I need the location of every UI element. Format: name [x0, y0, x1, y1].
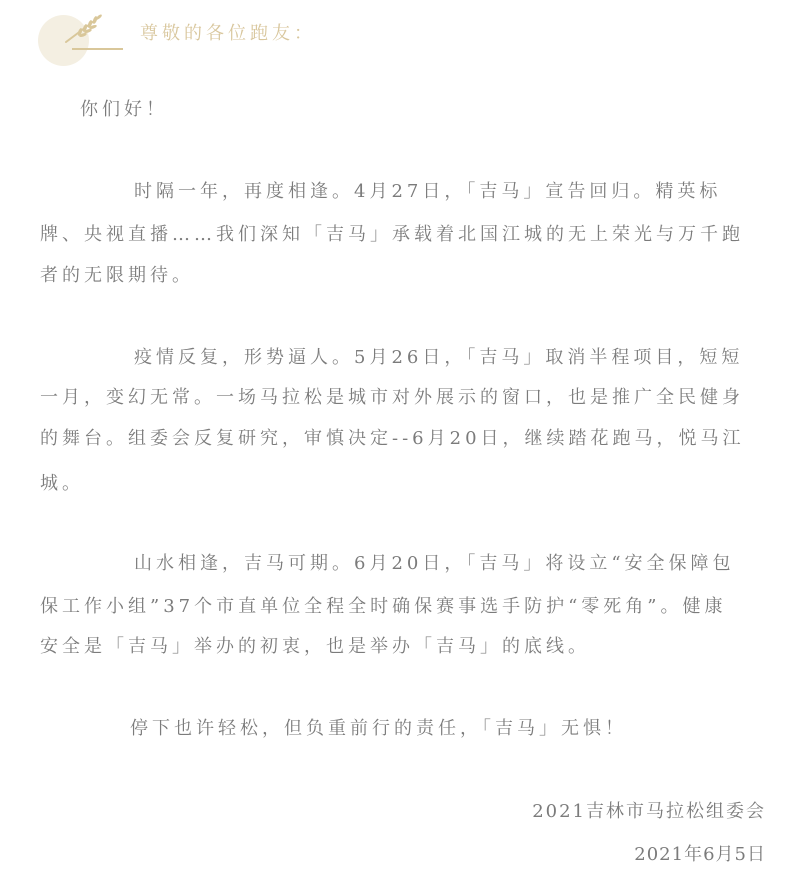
- paragraph-line: 的舞台。组委会反复研究，审慎决定--6月20日，继续踏花跑马，悦马江: [40, 427, 745, 451]
- paragraph-line: 疫情反复，形势逼人。5月26日，「吉马」取消半程项目，短短: [134, 346, 743, 370]
- paragraph-line: 保工作小组”37个市直单位全程全时确保赛事选手防护“零死角”。健康: [40, 595, 727, 619]
- greeting-title: 尊敬的各位跑友：: [140, 22, 316, 46]
- paragraph-line: 一月，变幻无常。一场马拉松是城市对外展示的窗口，也是推广全民健身: [40, 386, 744, 410]
- salutation: 你们好！: [80, 98, 168, 122]
- paragraph-line: 者的无限期待。: [40, 264, 194, 288]
- paragraph-line: 牌、央视直播……我们深知「吉马」承载着北国江城的无上荣光与万千跑: [40, 223, 744, 247]
- letter-header: 尊敬的各位跑友：: [0, 0, 806, 80]
- title-underline: [72, 48, 123, 50]
- signature-date: 2021年6月5日: [634, 843, 766, 867]
- paragraph-line: 城。: [40, 472, 84, 496]
- paragraph-line: 停下也许轻松，但负重前行的责任，「吉马」无惧！: [130, 717, 627, 741]
- paragraph-line: 山水相逢，吉马可期。6月20日，「吉马」将设立“安全保障包: [134, 552, 735, 576]
- signature-organizer: 2021吉林市马拉松组委会: [532, 800, 766, 824]
- paragraph-line: 时隔一年，再度相逢。4月27日，「吉马」宣告回归。精英标: [134, 180, 721, 204]
- wheat-icon: [62, 10, 108, 46]
- paragraph-line: 安全是「吉马」举办的初衷，也是举办「吉马」的底线。: [40, 635, 590, 659]
